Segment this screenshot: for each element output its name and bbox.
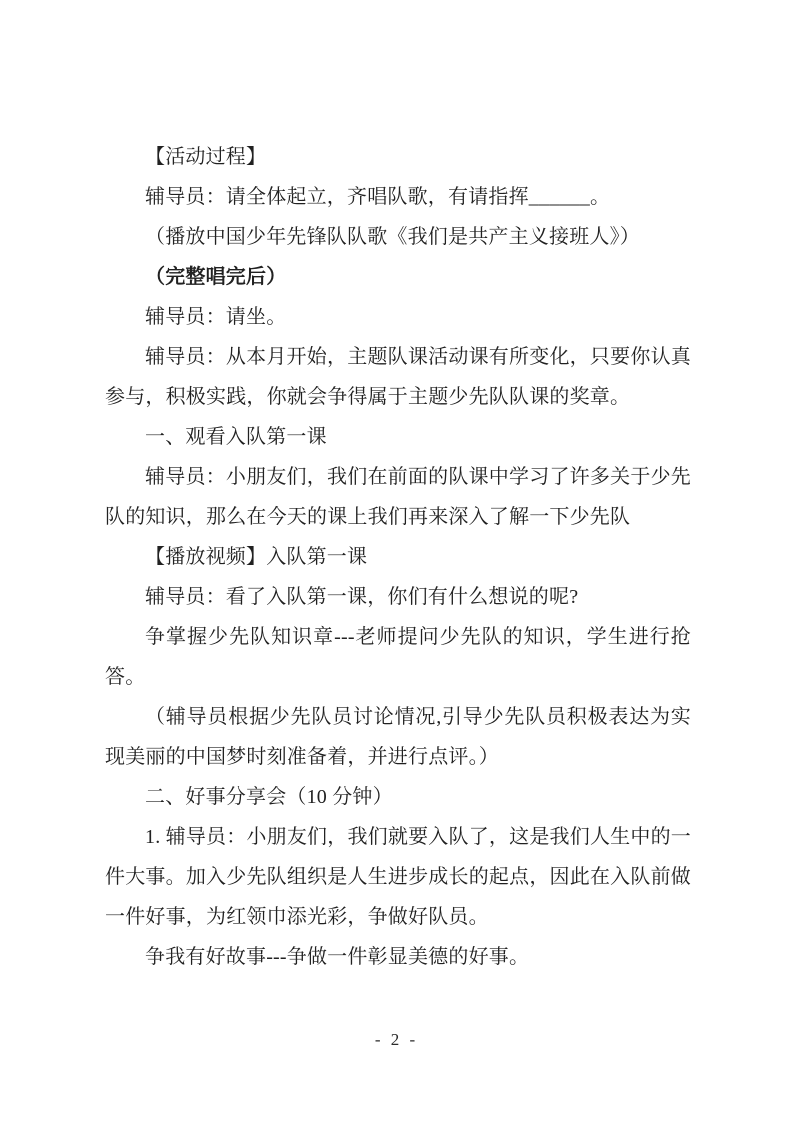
para-counselor-intro-knowledge: 辅导员：小朋友们，我们在前面的队课中学习了许多关于少先队的知识，那么在今天的课上… bbox=[105, 457, 691, 537]
para-good-story: 争我有好故事---争做一件彰显美德的好事。 bbox=[105, 937, 691, 977]
para-counselor-anthem: 辅导员：请全体起立，齐唱队歌，有请指挥______。 bbox=[105, 177, 691, 217]
para-after-singing-note: （完整唱完后） bbox=[105, 257, 691, 297]
document-body: 【活动过程】 辅导员：请全体起立，齐唱队歌，有请指挥______。 （播放中国少… bbox=[105, 137, 691, 977]
para-play-video: 【播放视频】入队第一课 bbox=[105, 537, 691, 577]
para-counselor-sit: 辅导员：请坐。 bbox=[105, 297, 691, 337]
page-number: - 2 - bbox=[0, 1030, 793, 1050]
document-page: 【活动过程】 辅导员：请全体起立，齐唱队歌，有请指挥______。 （播放中国少… bbox=[0, 0, 793, 1122]
para-counselor-guidance-note: （辅导员根据少先队员讨论情况,引导少先队员积极表达为实现美丽的中国梦时刻准备着，… bbox=[105, 697, 691, 777]
para-play-anthem-note: （播放中国少年先锋队队歌《我们是共产主义接班人》） bbox=[105, 217, 691, 257]
para-counselor-course-change: 辅导员：从本月开始，主题队课活动课有所变化，只要你认真参与，积极实践，你就会争得… bbox=[105, 337, 691, 417]
para-counselor-join-team: 1. 辅导员：小朋友们，我们就要入队了，这是我们人生中的一件大事。加入少先队组织… bbox=[105, 817, 691, 937]
heading-section-two: 二、好事分享会（10 分钟） bbox=[105, 777, 691, 817]
para-knowledge-badge: 争掌握少先队知识章---老师提问少先队的知识，学生进行抢答。 bbox=[105, 617, 691, 697]
heading-activity-process: 【活动过程】 bbox=[105, 137, 691, 177]
para-counselor-question: 辅导员：看了入队第一课，你们有什么想说的呢? bbox=[105, 577, 691, 617]
heading-section-one: 一、观看入队第一课 bbox=[105, 417, 691, 457]
